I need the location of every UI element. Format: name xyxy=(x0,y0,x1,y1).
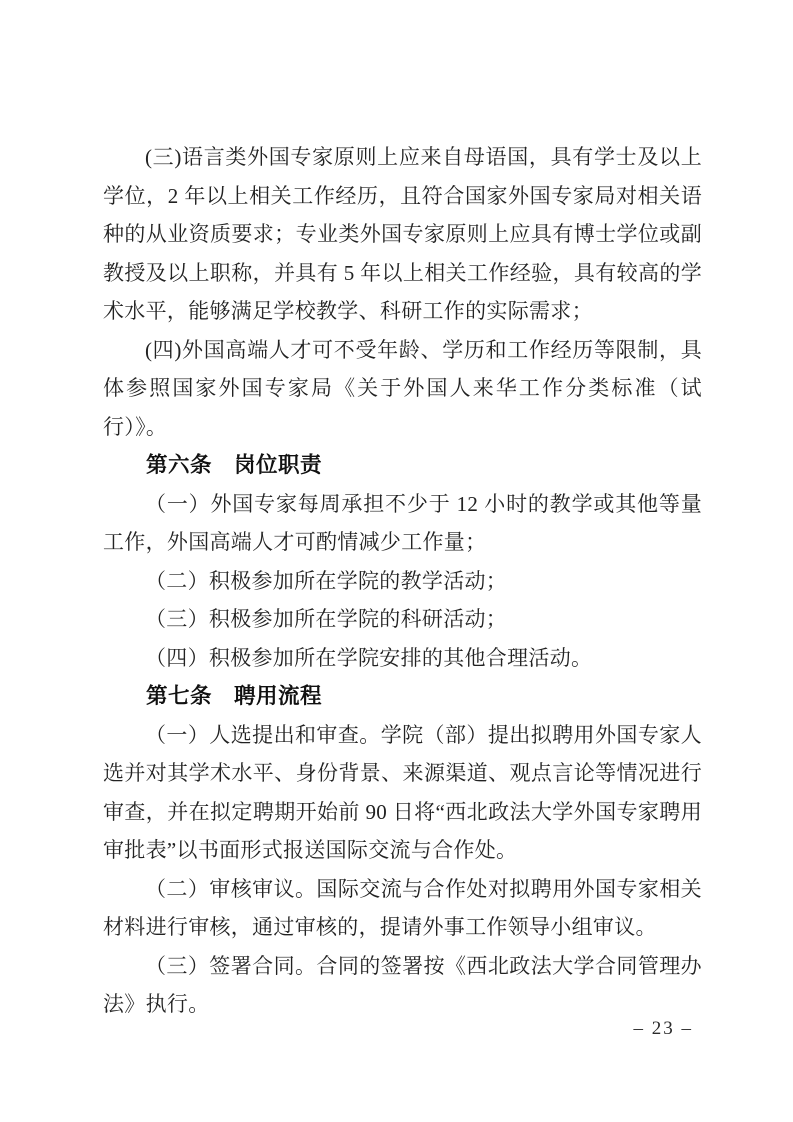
paragraph-process-3: （三）签署合同。合同的签署按《西北政法大学合同管理办法》执行。 xyxy=(103,947,702,1024)
paragraph-duty-1: （一）外国专家每周承担不少于 12 小时的教学或其他等量工作，外国高端人才可酌情… xyxy=(103,485,702,562)
paragraph-clause-3: (三)语言类外国专家原则上应来自母语国，具有学士及以上学位，2 年以上相关工作经… xyxy=(103,138,702,331)
document-body: (三)语言类外国专家原则上应来自母语国，具有学士及以上学位，2 年以上相关工作经… xyxy=(103,138,702,1024)
page-number: – 23 – xyxy=(634,1018,694,1040)
paragraph-process-2: （二）审核审议。国际交流与合作处对拟聘用外国专家相关材料进行审核，通过审核的，提… xyxy=(103,870,702,947)
document-page: (三)语言类外国专家原则上应来自母语国，具有学士及以上学位，2 年以上相关工作经… xyxy=(0,0,793,1122)
paragraph-duty-2: （二）积极参加所在学院的教学活动； xyxy=(103,562,702,601)
paragraph-duty-4: （四）积极参加所在学院安排的其他合理活动。 xyxy=(103,639,702,678)
section-heading-article-7: 第七条 聘用流程 xyxy=(103,677,702,716)
paragraph-clause-4: (四)外国高端人才可不受年龄、学历和工作经历等限制，具体参照国家外国专家局《关于… xyxy=(103,331,702,447)
paragraph-duty-3: （三）积极参加所在学院的科研活动； xyxy=(103,600,702,639)
section-heading-article-6: 第六条 岗位职责 xyxy=(103,446,702,485)
paragraph-process-1: （一）人选提出和审查。学院（部）提出拟聘用外国专家人选并对其学术水平、身份背景、… xyxy=(103,716,702,870)
